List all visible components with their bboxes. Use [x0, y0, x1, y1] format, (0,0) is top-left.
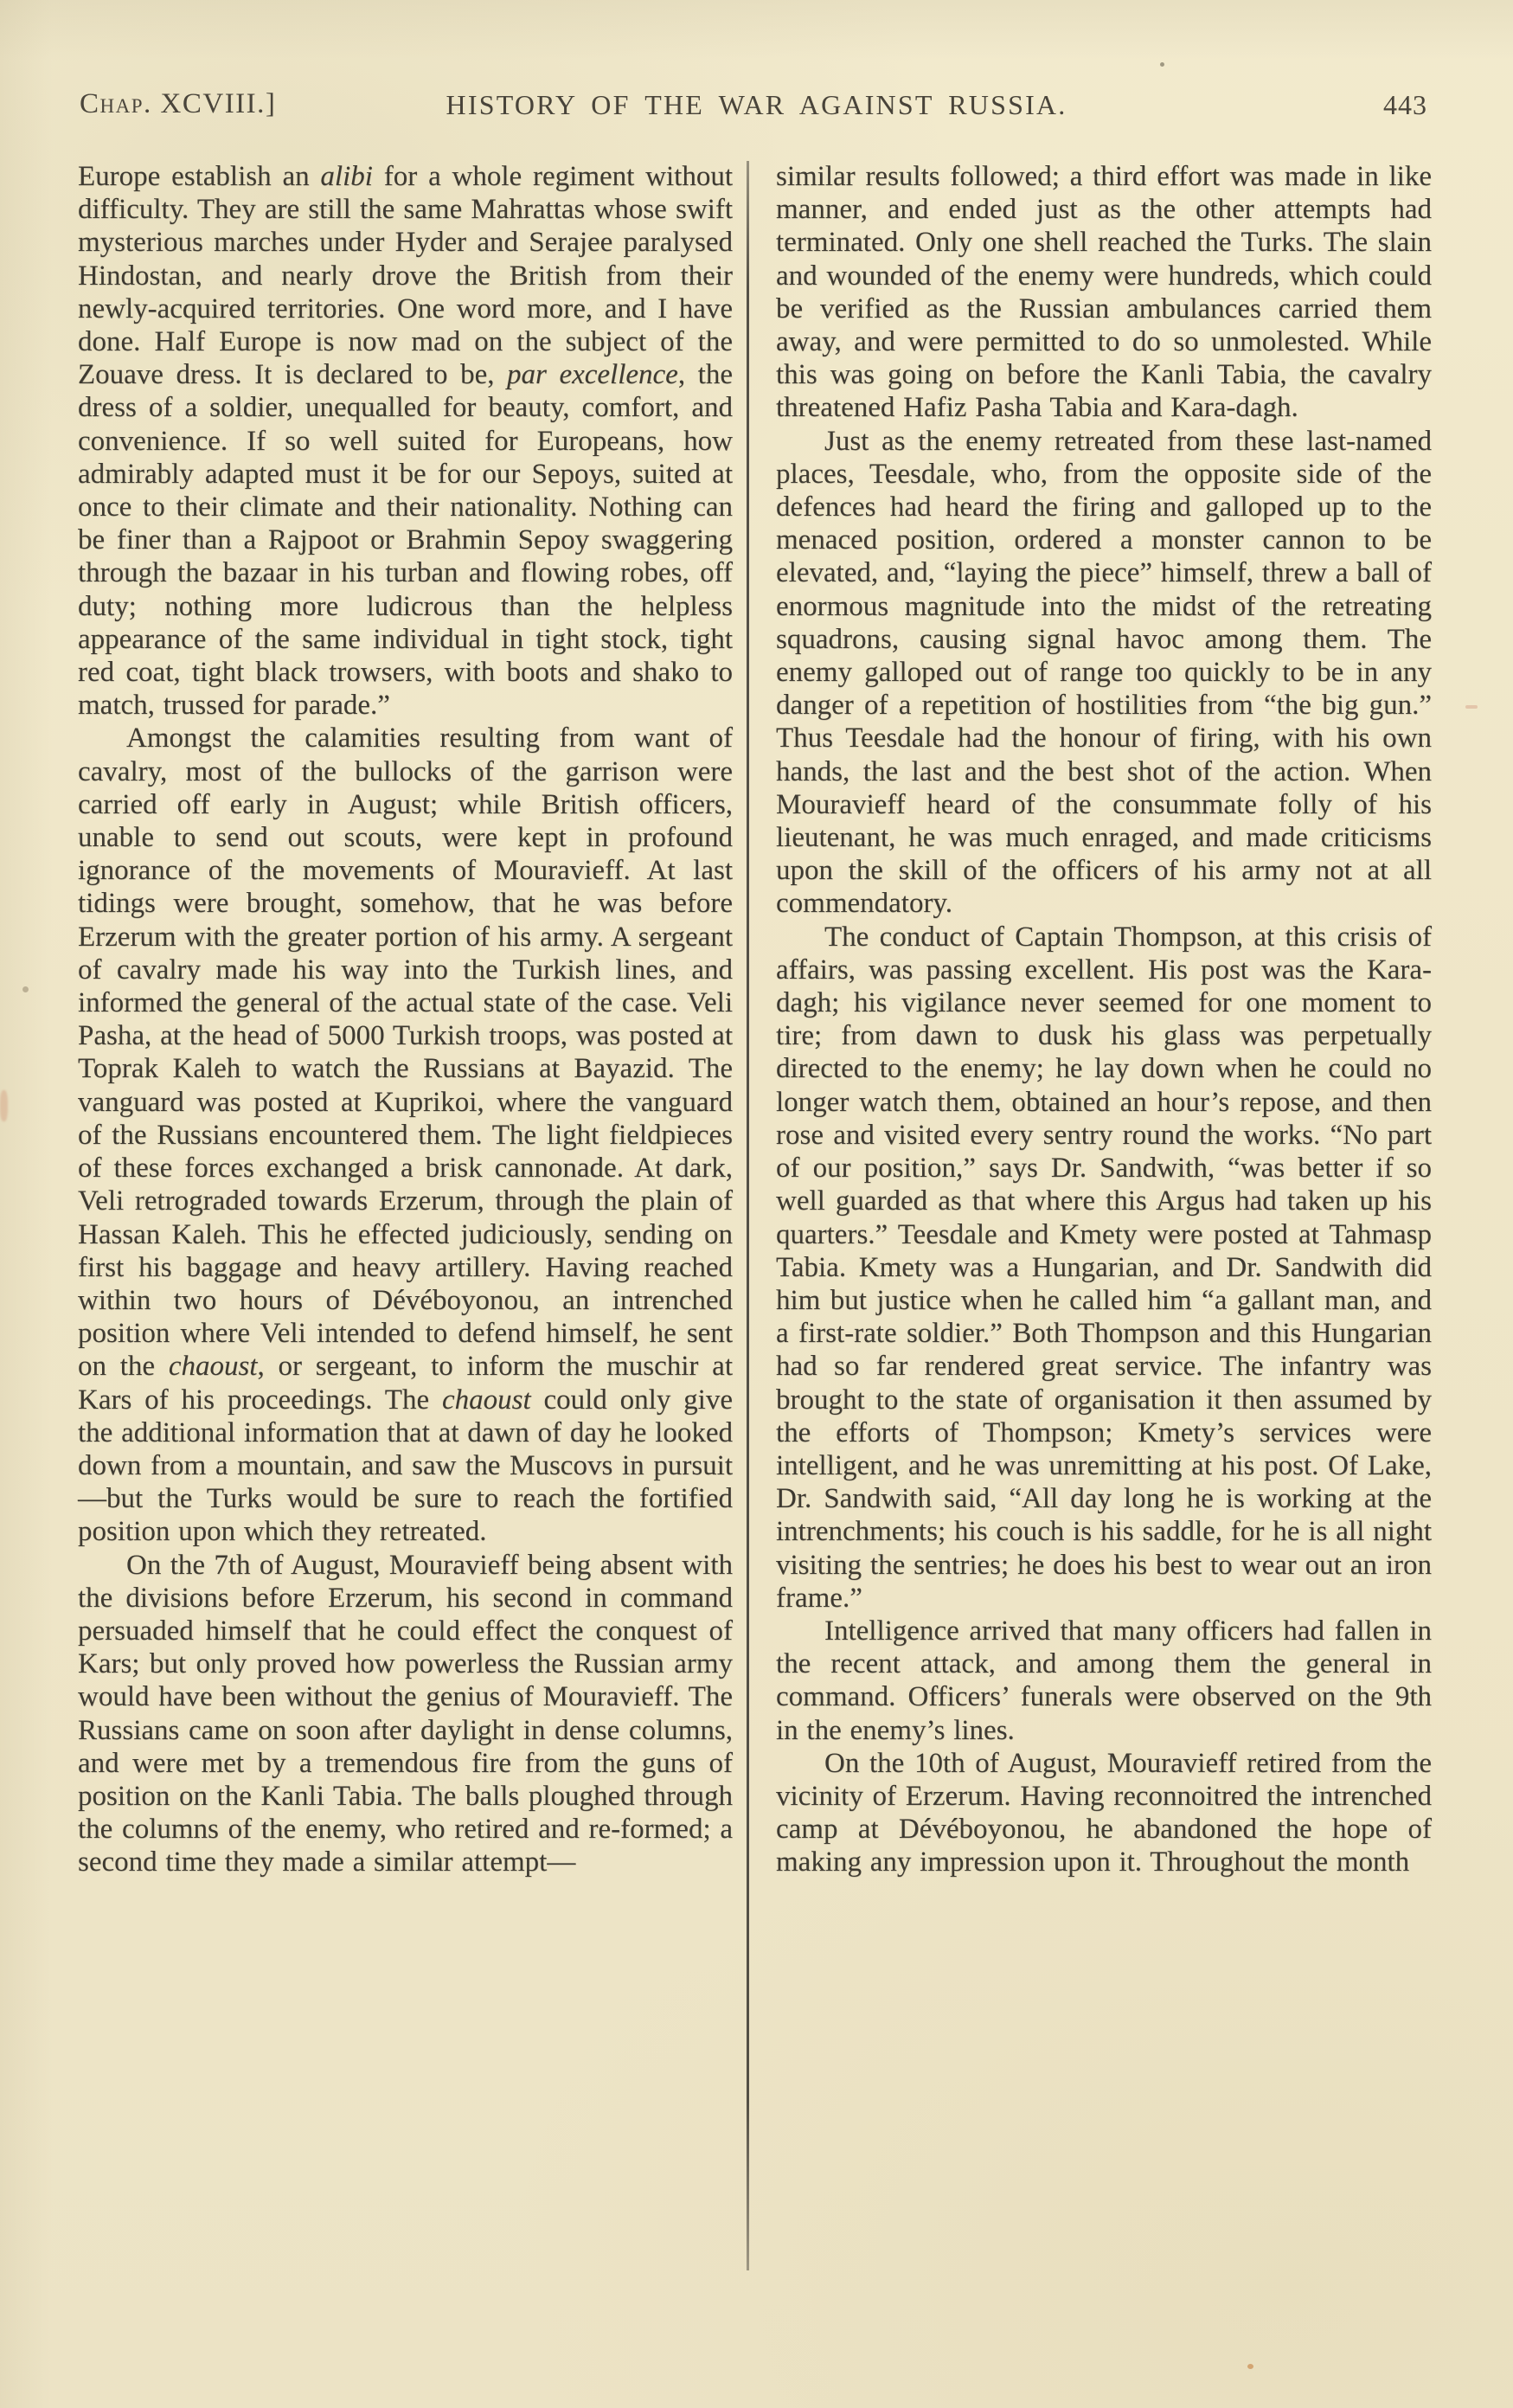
- text-column-left: Europe establish an alibi for a whole re…: [78, 160, 733, 1879]
- text-run: The conduct of Captain Thompson, at this…: [776, 921, 1432, 1614]
- text-run: Just as the enemy retreated from these l…: [776, 426, 1432, 920]
- scan-speck: [0, 1090, 8, 1121]
- text-run: , the dress of a soldier, unequalled for…: [78, 359, 733, 721]
- paragraph: On the 10th of August, Mouravieff retire…: [776, 1747, 1432, 1879]
- text-run: Intelligence arrived that many officers …: [776, 1615, 1432, 1746]
- scan-speck: [1465, 705, 1478, 709]
- italic-text-run: par excellence: [507, 359, 678, 390]
- text-run: for a whole regiment without difficulty.…: [78, 161, 733, 390]
- italic-text-run: chaoust: [169, 1351, 258, 1382]
- italic-text-run: chaoust: [442, 1384, 531, 1416]
- text-run: Amongst the calamities resulting from wa…: [78, 722, 733, 1382]
- book-page: Chap. XCVIII.] HISTORY OF THE WAR AGAINS…: [0, 0, 1513, 2408]
- paragraph: Amongst the calamities resulting from wa…: [78, 722, 733, 1548]
- text-run: On the 7th of August, Mouravieff being a…: [78, 1550, 733, 1878]
- paragraph: Just as the enemy retreated from these l…: [776, 425, 1432, 921]
- paragraph: The conduct of Captain Thompson, at this…: [776, 921, 1432, 1615]
- text-column-right: similar results followed; a third effort…: [776, 160, 1432, 1879]
- text-run: On the 10th of August, Mouravieff retire…: [776, 1748, 1432, 1878]
- page-title: HISTORY OF THE WAR AGAINST RUSSIA.: [0, 89, 1513, 121]
- paragraph: Intelligence arrived that many officers …: [776, 1615, 1432, 1747]
- scan-speck: [1247, 2364, 1253, 2369]
- text-run: similar results followed; a third effort…: [776, 161, 1432, 423]
- paragraph: similar results followed; a third effort…: [776, 160, 1432, 425]
- paragraph: On the 7th of August, Mouravieff being a…: [78, 1549, 733, 1879]
- text-run: Europe establish an: [78, 161, 320, 192]
- page-number: 443: [1383, 89, 1427, 121]
- scan-speck: [22, 986, 29, 992]
- paragraph: Europe establish an alibi for a whole re…: [78, 160, 733, 722]
- italic-text-run: alibi: [320, 161, 373, 192]
- column-divider: [747, 161, 749, 2270]
- scan-speck: [1160, 62, 1164, 67]
